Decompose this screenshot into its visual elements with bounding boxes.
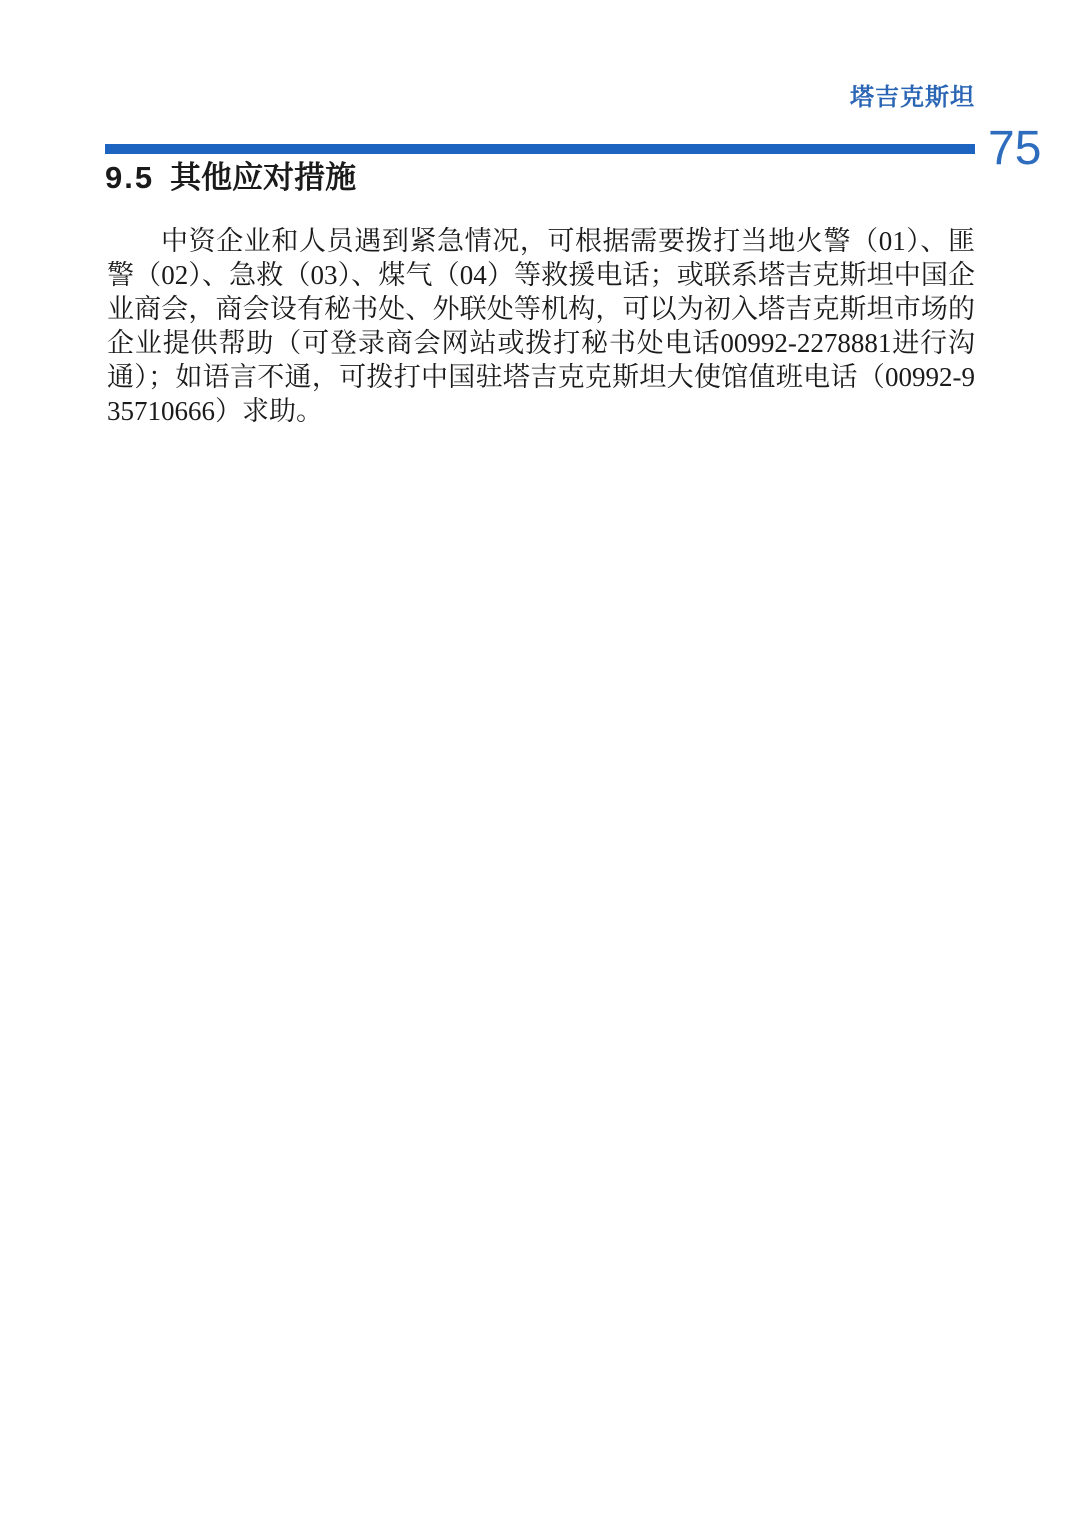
section-title: 其他应对措施 [170, 160, 356, 195]
header-divider-rule [105, 144, 975, 154]
page-number: 75 [988, 125, 1041, 173]
section-number: 9.5 [105, 160, 154, 195]
header-region-label: 塔吉克斯坦 [105, 84, 975, 112]
body-paragraph: 中资企业和人员遇到紧急情况，可根据需要拨打当地火警（01）、匪警（02）、急救（… [107, 224, 975, 428]
section-heading: 9.5其他应对措施 [105, 158, 975, 198]
document-page: 塔吉克斯坦 75 9.5其他应对措施 中资企业和人员遇到紧急情况，可根据需要拨打… [0, 0, 1080, 1532]
